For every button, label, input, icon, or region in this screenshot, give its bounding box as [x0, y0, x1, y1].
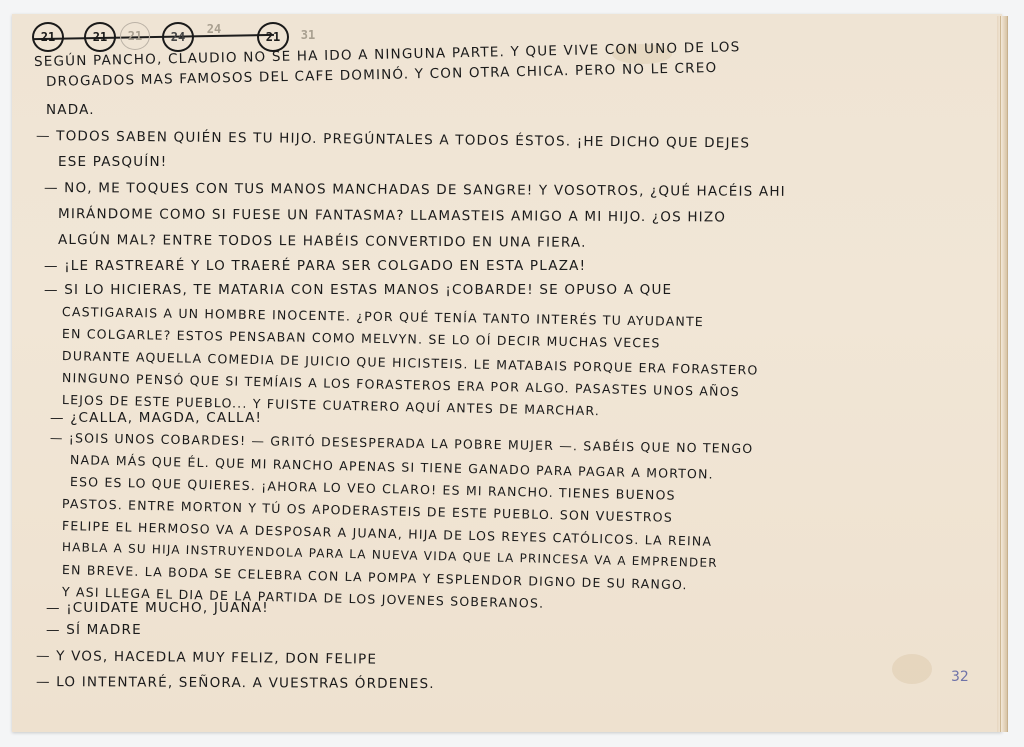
text-line: — Todos saben quién es tu hijo. Pregúnta…: [36, 128, 750, 151]
text-line: mirándome como si fuese un fantasma? Lla…: [58, 206, 726, 225]
text-line: — ¿Calla, Magda, calla!: [50, 410, 262, 426]
text-line: castigarais a un hombre inocente. ¿Por q…: [62, 304, 704, 329]
text-line: — ¡Cuidate mucho, Juana!: [46, 600, 269, 616]
text-line: — No, me toques con tus manos manchadas …: [44, 180, 786, 200]
text-line: — ¡Le rastrearé y lo traeré para ser col…: [44, 258, 586, 274]
page-edge-line: [1000, 16, 1001, 732]
page-number: 32: [951, 669, 969, 685]
text-line: algún mal? Entre todos le habéis convert…: [58, 232, 587, 251]
text-line: — Y vos, hacedla muy feliz, don Felipe: [36, 648, 377, 668]
text-line: ese pasquín!: [58, 154, 167, 170]
text-line: — Lo intentaré, señora. A vuestras órden…: [36, 674, 435, 692]
text-line: — ¡Sois unos cobardes! — gritó desespera…: [50, 430, 754, 456]
text-line: en colgarle? Estos pensaban como Melvyn.…: [62, 326, 661, 350]
handwritten-text: Según Pancho, Claudio no se ha ido a nin…: [0, 0, 1000, 747]
text-line: nada.: [46, 102, 95, 118]
text-line: — Si lo hicieras, te mataria con estas m…: [44, 282, 672, 298]
text-line: — Sí madre: [46, 622, 142, 638]
